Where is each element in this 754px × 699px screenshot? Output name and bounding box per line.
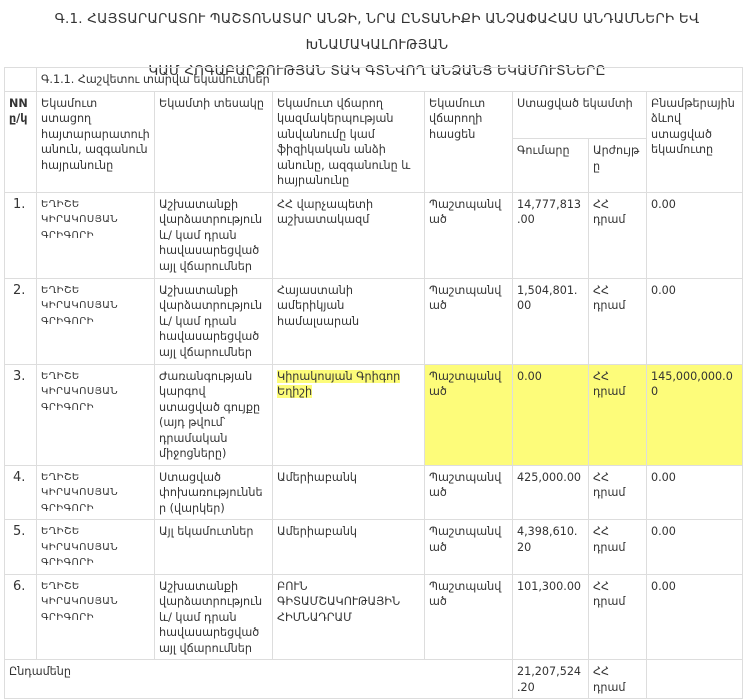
in-kind-income-text: 145,000,000.00 xyxy=(651,370,733,399)
payer-address: Պաշտպանված xyxy=(425,364,513,465)
income-amount-text: 1,504,801.00 xyxy=(517,284,578,313)
row-number-text: 1. xyxy=(13,197,25,212)
payer-name-text: Կիրակոսյան Գրիգոր Եղիշի xyxy=(277,370,400,399)
payer-name-text: ՀՀ վարչապետի աշխատակազմ xyxy=(277,198,373,227)
header-payer-address: Եկամուտ վճարողի հասցեն xyxy=(425,91,513,192)
payer-address-text: Պաշտպանված xyxy=(429,525,501,554)
in-kind-income-text: 0.00 xyxy=(651,284,676,297)
payer-address: Պաշտպանված xyxy=(425,574,513,643)
header-nn: NN ը/կ xyxy=(5,91,37,192)
income-type: Ժառանգության կարգով ստացված գույքը (այդ … xyxy=(155,364,273,465)
recipient-name: ԵՂԻՇԵ ԿԻՐԱԿՈՍՅԱՆ ԳՐԻԳՈՐԻ xyxy=(37,520,155,575)
header-currency: Արժույթը xyxy=(589,139,647,192)
income-currency-text: ՀՀ դրամ xyxy=(593,284,626,313)
row-number-text: 5. xyxy=(13,524,25,539)
payer-address: Պաշտպանված xyxy=(425,465,513,520)
header-income-type: Եկամտի տեսակը xyxy=(155,91,273,192)
income-currency-text: ՀՀ դրամ xyxy=(593,580,626,609)
header-received: Ստացված եկամտի xyxy=(513,91,647,139)
table-row: 3.ԵՂԻՇԵ ԿԻՐԱԿՈՍՅԱՆ ԳՐԻԳՈՐԻԺառանգության կ… xyxy=(5,364,743,465)
payer-name-text: Ամերիաբանկ xyxy=(277,525,357,538)
income-currency-text: ՀՀ դրամ xyxy=(593,525,626,554)
income-currency-text: ՀՀ դրամ xyxy=(593,471,626,500)
recipient-name-text: ԵՂԻՇԵ ԿԻՐԱԿՈՍՅԱՆ ԳՐԻԳՈՐԻ xyxy=(41,472,118,514)
in-kind-income: 0.00 xyxy=(647,520,743,575)
payer-address-text: Պաշտպանված xyxy=(429,198,501,227)
row-number-text: 2. xyxy=(13,283,25,298)
income-currency: ՀՀ դրամ xyxy=(589,364,647,465)
income-amount-text: 0.00 xyxy=(517,370,542,383)
payer-name: ԲՈՒՆ ԳԻՏԱՄՇԱԿՈՒԹԱՅԻՆ ՀԻՄՆԱԴՐԱՄ xyxy=(273,574,425,643)
header-in-kind: Բնամթերային ձևով ստացված եկամուտը xyxy=(647,91,743,192)
payer-name-text: Ամերիաբանկ xyxy=(277,471,357,484)
income-type: Այլ եկամուտներ xyxy=(155,520,273,575)
income-type-text: Ստացված փոխառություններ (վարկեր) xyxy=(159,471,263,515)
income-type-text: Աշխատանքի վարձատրություն և/ կամ դրան հավ… xyxy=(159,198,262,273)
recipient-name: ԵՂԻՇԵ ԿԻՐԱԿՈՍՅԱՆ ԳՐԻԳՈՐԻ xyxy=(37,278,155,364)
payer-name: Կիրակոսյան Գրիգոր Եղիշի xyxy=(273,364,425,465)
recipient-name: ԵՂԻՇԵ ԿԻՐԱԿՈՍՅԱՆ ԳՐԻԳՈՐԻ xyxy=(37,364,155,465)
income-type: Աշխատանքի վարձատրություն և/ կամ դրան հավ… xyxy=(155,278,273,364)
recipient-name-text: ԵՂԻՇԵ ԿԻՐԱԿՈՍՅԱՆ ԳՐԻԳՈՐԻ xyxy=(41,371,118,413)
income-type-text: Աշխատանքի վարձատրություն և/ կամ դրան հավ… xyxy=(159,284,262,359)
row-number: 6. xyxy=(5,574,37,643)
in-kind-income: 0.00 xyxy=(647,192,743,278)
in-kind-income-text: 0.00 xyxy=(651,471,676,484)
table-row: 6.ԵՂԻՇԵ ԿԻՐԱԿՈՍՅԱՆ ԳՐԻԳՈՐԻԱշխատանքի վարձ… xyxy=(5,574,743,643)
income-amount: 1,504,801.00 xyxy=(513,278,589,364)
payer-address-text: Պաշտպանված xyxy=(429,284,501,313)
header-recipient: Եկամուտ ստացող հայտարարատուի անուն, ազգա… xyxy=(37,91,155,192)
row-number: 5. xyxy=(5,520,37,575)
recipient-name: ԵՂԻՇԵ ԿԻՐԱԿՈՍՅԱՆ ԳՐԻԳՈՐԻ xyxy=(37,574,155,643)
income-type-text: Ժառանգության կարգով ստացված գույքը (այդ … xyxy=(159,370,260,461)
income-currency-text: ՀՀ դրամ xyxy=(593,370,626,399)
row-number-text: 3. xyxy=(13,369,25,384)
subheader-blank-cell xyxy=(5,68,37,92)
row-number-text: 6. xyxy=(13,579,25,594)
payer-address: Պաշտպանված xyxy=(425,278,513,364)
row-number: 1. xyxy=(5,192,37,278)
income-amount: 425,000.00 xyxy=(513,465,589,520)
income-rows: 1.ԵՂԻՇԵ ԿԻՐԱԿՈՍՅԱՆ ԳՐԻԳՈՐԻԱշխատանքի վարձ… xyxy=(5,192,743,643)
recipient-name-text: ԵՂԻՇԵ ԿԻՐԱԿՈՍՅԱՆ ԳՐԻԳՈՐԻ xyxy=(41,581,118,623)
in-kind-income: 0.00 xyxy=(647,465,743,520)
income-amount-text: 425,000.00 xyxy=(517,471,581,484)
income-currency: ՀՀ դրամ xyxy=(589,278,647,364)
payer-address-text: Պաշտպանված xyxy=(429,580,501,609)
income-amount: 14,777,813.00 xyxy=(513,192,589,278)
recipient-name-text: ԵՂԻՇԵ ԿԻՐԱԿՈՍՅԱՆ ԳՐԻԳՈՐԻ xyxy=(41,526,118,568)
payer-name: Ամերիաբանկ xyxy=(273,465,425,520)
income-type-text: Աշխատանքի վարձատրություն և/ կամ դրան հավ… xyxy=(159,580,262,644)
income-currency: ՀՀ դրամ xyxy=(589,465,647,520)
income-amount: 0.00 xyxy=(513,364,589,465)
in-kind-income: 0.00 xyxy=(647,574,743,643)
income-table: Գ.1.1. Հաշվետու տարվա եկամուտներ NN ը/կ … xyxy=(4,67,743,643)
table-subtitle: Գ.1.1. Հաշվետու տարվա եկամուտներ xyxy=(37,68,743,92)
table-row: 4.ԵՂԻՇԵ ԿԻՐԱԿՈՍՅԱՆ ԳՐԻԳՈՐԻՍտացված փոխառո… xyxy=(5,465,743,520)
table-row: 5.ԵՂԻՇԵ ԿԻՐԱԿՈՍՅԱՆ ԳՐԻԳՈՐԻԱյլ եկամուտներ… xyxy=(5,520,743,575)
recipient-name: ԵՂԻՇԵ ԿԻՐԱԿՈՍՅԱՆ ԳՐԻԳՈՐԻ xyxy=(37,192,155,278)
income-currency-text: ՀՀ դրամ xyxy=(593,198,626,227)
in-kind-income-text: 0.00 xyxy=(651,580,676,593)
in-kind-income-text: 0.00 xyxy=(651,525,676,538)
income-type-text: Այլ եկամուտներ xyxy=(159,525,254,538)
table-row: 1.ԵՂԻՇԵ ԿԻՐԱԿՈՍՅԱՆ ԳՐԻԳՈՐԻԱշխատանքի վարձ… xyxy=(5,192,743,278)
income-type: Աշխատանքի վարձատրություն և/ կամ դրան հավ… xyxy=(155,574,273,643)
income-currency: ՀՀ դրամ xyxy=(589,520,647,575)
payer-address: Պաշտպանված xyxy=(425,520,513,575)
payer-name-text: Հայաստանի ամերիկյան համալսարան xyxy=(277,284,359,328)
in-kind-income-text: 0.00 xyxy=(651,198,676,211)
income-amount-text: 14,777,813.00 xyxy=(517,198,581,227)
row-number-text: 4. xyxy=(13,470,25,485)
row-number: 4. xyxy=(5,465,37,520)
table-row: 2.ԵՂԻՇԵ ԿԻՐԱԿՈՍՅԱՆ ԳՐԻԳՈՐԻԱշխատանքի վարձ… xyxy=(5,278,743,364)
payer-name: ՀՀ վարչապետի աշխատակազմ xyxy=(273,192,425,278)
income-type: Ստացված փոխառություններ (վարկեր) xyxy=(155,465,273,520)
income-amount: 4,398,610.20 xyxy=(513,520,589,575)
payer-name-text: ԲՈՒՆ ԳԻՏԱՄՇԱԿՈՒԹԱՅԻՆ ՀԻՄՆԱԴՐԱՄ xyxy=(277,580,400,624)
payer-address-text: Պաշտպանված xyxy=(429,471,501,500)
income-amount-text: 101,300.00 xyxy=(517,580,581,593)
row-number: 3. xyxy=(5,364,37,465)
recipient-name-text: ԵՂԻՇԵ ԿԻՐԱԿՈՍՅԱՆ ԳՐԻԳՈՐԻ xyxy=(41,285,118,327)
header-amount: Գումարը xyxy=(513,139,589,192)
section-title-line-1: Գ.1. ՀԱՅՏԱՐԱՐԱՏՈՒ ՊԱՇՏՈՆԱՏԱՐ ԱՆՁԻ, ՆՐԱ Ը… xyxy=(0,6,754,58)
payer-name: Ամերիաբանկ xyxy=(273,520,425,575)
payer-name: Հայաստանի ամերիկյան համալսարան xyxy=(273,278,425,364)
income-amount-text: 4,398,610.20 xyxy=(517,525,578,554)
income-currency: ՀՀ դրամ xyxy=(589,574,647,643)
recipient-name: ԵՂԻՇԵ ԿԻՐԱԿՈՍՅԱՆ ԳՐԻԳՈՐԻ xyxy=(37,465,155,520)
income-type: Աշխատանքի վարձատրություն և/ կամ դրան հավ… xyxy=(155,192,273,278)
in-kind-income: 145,000,000.00 xyxy=(647,364,743,465)
header-payer: Եկամուտ վճարող կազմակերպության անվանումը… xyxy=(273,91,425,192)
payer-address-text: Պաշտպանված xyxy=(429,370,501,399)
income-currency: ՀՀ դրամ xyxy=(589,192,647,278)
row-number: 2. xyxy=(5,278,37,364)
in-kind-income: 0.00 xyxy=(647,278,743,364)
recipient-name-text: ԵՂԻՇԵ ԿԻՐԱԿՈՍՅԱՆ ԳՐԻԳՈՐԻ xyxy=(41,199,118,241)
payer-address: Պաշտպանված xyxy=(425,192,513,278)
income-amount: 101,300.00 xyxy=(513,574,589,643)
